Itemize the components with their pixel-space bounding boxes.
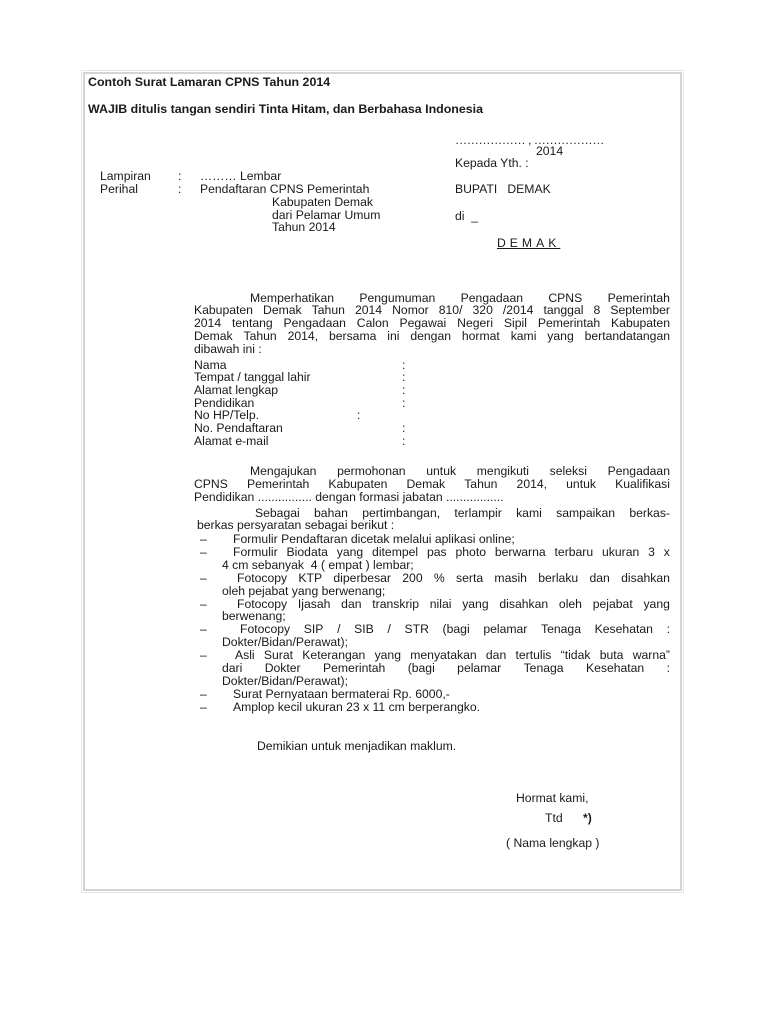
- recipient-city: DEMAK: [497, 237, 560, 250]
- document-instruction: WAJIB ditulis tangan sendiri Tinta Hitam…: [88, 103, 483, 116]
- greeting: Kepada Yth. :: [455, 157, 529, 170]
- date-year: 2014: [536, 145, 563, 158]
- field-colon: :: [402, 435, 405, 448]
- document-title: Contoh Surat Lamaran CPNS Tahun 2014: [88, 76, 330, 89]
- request-line-1: Mengajukanpermohonanuntukmengikutiseleks…: [250, 465, 670, 478]
- list-bullet-dash: –: [200, 688, 207, 701]
- recipient-location-prefix: di _: [455, 210, 478, 223]
- attachment-line-2: berkas persyaratan sebagai berikut :: [197, 519, 394, 532]
- list-item: oleh pejabat yang berwenang;: [222, 585, 385, 598]
- list-item: 4 cm sebanyak 4 ( empat ) lembar;: [222, 559, 414, 572]
- list-bullet-dash: –: [200, 598, 207, 611]
- signature-note: *): [583, 812, 592, 825]
- full-name-placeholder: ( Nama lengkap ): [506, 837, 599, 850]
- field-label-email: Alamat e-mail: [194, 435, 269, 448]
- closing-regards: Hormat kami,: [516, 792, 588, 805]
- list-bullet-dash: –: [200, 701, 207, 714]
- list-item: Amplop kecil ukuran 23 x 11 cm berperang…: [233, 701, 480, 714]
- perihal-colon: :: [178, 183, 181, 196]
- field-colon: :: [402, 397, 405, 410]
- list-bullet-dash: –: [200, 546, 207, 559]
- field-colon: :: [357, 409, 360, 422]
- list-bullet-dash: –: [200, 649, 207, 662]
- list-item: Surat Pernyataan bermaterai Rp. 6000,-: [233, 688, 450, 701]
- list-item: FormulirBiodatayangditempelpasphotoberwa…: [233, 546, 670, 559]
- request-line-3: Pendidikan ................ dengan forma…: [194, 491, 504, 504]
- list-bullet-dash: –: [200, 572, 207, 585]
- recipient: BUPATI DEMAK: [455, 183, 551, 196]
- closing-statement: Demikian untuk menjadikan maklum.: [257, 740, 456, 753]
- signature-label: Ttd: [545, 812, 563, 825]
- perihal-label: Perihal: [100, 183, 138, 196]
- intro-line-4: DemakTahun2014,bersamainidenganhormatkam…: [194, 330, 670, 343]
- list-bullet-dash: –: [200, 623, 207, 636]
- list-item: FotocopyIjasahdantranskripnilaiyangdisah…: [237, 598, 670, 611]
- intro-line-5: dibawah ini :: [194, 343, 262, 356]
- perihal-line: Tahun 2014: [272, 221, 336, 234]
- list-item: FotocopyKTPdiperbesar200%sertamasihberla…: [237, 572, 670, 585]
- place-date-dots: ……………… , ………………: [455, 134, 604, 147]
- list-item: Dokter/Bidan/Perawat);: [222, 675, 348, 688]
